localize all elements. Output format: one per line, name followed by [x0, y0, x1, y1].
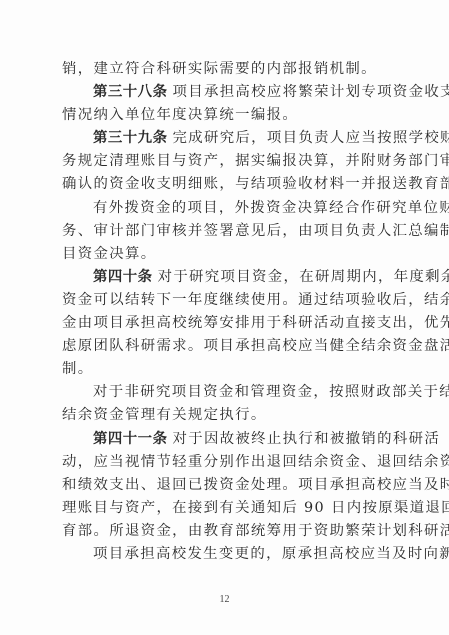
- text-line: 制。: [62, 358, 380, 381]
- text-line: 金由项目承担高校统筹安排用于科研活动直接支出，优先考: [62, 312, 380, 335]
- line-text: 销，建立符合科研实际需要的内部报销机制。: [62, 61, 377, 77]
- line-text: 和绩效支出、退回已拨资金处理。项目承担高校应当及时清: [62, 477, 449, 493]
- line-text: 理账目与资产，在接到有关通知后 90 日内按原渠道退回教: [62, 500, 449, 516]
- text-line: 目资金决算。: [62, 243, 380, 266]
- line-text: 对于因故被终止执行和被撤销的科研活: [172, 431, 440, 447]
- article-40-heading: 第四十条对于研究项目资金，在研周期内，年度剩余: [62, 266, 380, 289]
- text-line: 对于非研究项目资金和管理资金，按照财政部关于结转: [62, 381, 380, 404]
- line-text: 对于非研究项目资金和管理资金，按照财政部关于结转: [93, 384, 449, 400]
- line-text: 金由项目承担高校统筹安排用于科研活动直接支出，优先考: [62, 315, 449, 331]
- text-line: 务规定清理账目与资产，据实编报决算，并附财务部门审核: [62, 150, 380, 173]
- article-number: 第四十条: [93, 269, 153, 285]
- text-line: 销，建立符合科研实际需要的内部报销机制。: [62, 58, 380, 81]
- line-text: 务、审计部门审核并签署意见后，由项目负责人汇总编制项: [62, 223, 449, 239]
- text-line: 虑原团队科研需求。项目承担高校应当健全结余资金盘活机: [62, 335, 380, 358]
- line-text: 有外拨资金的项目，外拨资金决算经合作研究单位财: [93, 200, 449, 216]
- article-number: 第三十八条: [93, 84, 167, 100]
- line-text: 务规定清理账目与资产，据实编报决算，并附财务部门审核: [62, 153, 449, 169]
- document-body: 销，建立符合科研实际需要的内部报销机制。 第三十八条项目承担高校应将繁荣计划专项…: [62, 58, 380, 566]
- article-number: 第三十九条: [93, 130, 167, 146]
- article-38-heading: 第三十八条项目承担高校应将繁荣计划专项资金收支: [62, 81, 380, 104]
- article-39-heading: 第三十九条完成研究后，项目负责人应当按照学校财: [62, 127, 380, 150]
- text-line: 育部。所退资金，由教育部统筹用于资助繁荣计划科研活动。: [62, 520, 380, 543]
- text-line: 和绩效支出、退回已拨资金处理。项目承担高校应当及时清: [62, 474, 380, 497]
- text-line: 确认的资金收支明细账，与结项验收材料一并报送教育部。: [62, 173, 380, 196]
- line-text: 对于研究项目资金，在研周期内，年度剩余: [158, 269, 449, 285]
- article-41-heading: 第四十一条对于因故被终止执行和被撤销的科研活: [62, 428, 380, 451]
- text-line: 结余资金管理有关规定执行。: [62, 404, 380, 427]
- line-text: 结余资金管理有关规定执行。: [62, 407, 267, 423]
- line-text: 资金可以结转下一年度继续使用。通过结项验收后，结余资: [62, 292, 449, 308]
- line-text: 项目承担高校应将繁荣计划专项资金收支: [172, 84, 449, 100]
- line-text: 动，应当视情节轻重分别作出退回结余资金、退回结余资金: [62, 454, 449, 470]
- text-line: 情况纳入单位年度决算统一编报。: [62, 104, 380, 127]
- text-line: 动，应当视情节轻重分别作出退回结余资金、退回结余资金: [62, 451, 380, 474]
- text-line: 项目承担高校发生变更的，原承担高校应当及时向新承: [62, 543, 380, 566]
- line-text: 虑原团队科研需求。项目承担高校应当健全结余资金盘活机: [62, 338, 449, 354]
- line-text: 目资金决算。: [62, 246, 156, 262]
- article-number: 第四十一条: [93, 431, 167, 447]
- line-text: 项目承担高校发生变更的，原承担高校应当及时向新承: [93, 546, 449, 562]
- line-text: 制。: [62, 361, 93, 377]
- text-line: 资金可以结转下一年度继续使用。通过结项验收后，结余资: [62, 289, 380, 312]
- line-text: 完成研究后，项目负责人应当按照学校财: [172, 130, 449, 146]
- text-line: 务、审计部门审核并签署意见后，由项目负责人汇总编制项: [62, 220, 380, 243]
- text-line: 理账目与资产，在接到有关通知后 90 日内按原渠道退回教: [62, 497, 380, 520]
- line-text: 育部。所退资金，由教育部统筹用于资助繁荣计划科研活动。: [62, 523, 449, 539]
- text-line: 有外拨资金的项目，外拨资金决算经合作研究单位财: [62, 197, 380, 220]
- page-number: 12: [0, 594, 449, 605]
- line-text: 情况纳入单位年度决算统一编报。: [62, 107, 298, 123]
- line-text: 确认的资金收支明细账，与结项验收材料一并报送教育部。: [62, 176, 449, 192]
